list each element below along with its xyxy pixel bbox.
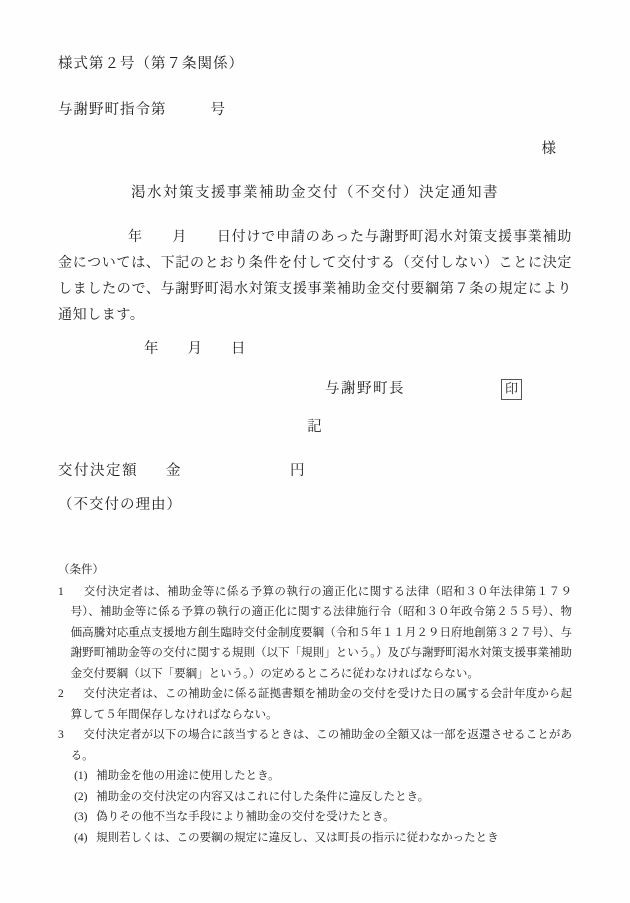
condition-subitem-2: (2)補助金の交付決定の内容又はこれに付した条件に違反したとき。 (58, 787, 572, 808)
directive-number-line: 与謝野町指令第号 (58, 102, 572, 119)
seal-mark: 印 (501, 379, 522, 400)
condition-subitem-2-number: (2) (74, 791, 87, 803)
non-grant-reason-label: （不交付の理由） (58, 497, 572, 514)
condition-item-1-number: 1 (58, 586, 64, 598)
condition-subitem-4-number: (4) (74, 832, 87, 844)
record-marker: 記 (58, 419, 572, 436)
addressee-line: 様 (58, 141, 572, 158)
condition-subitem-3-text: 偽りその他不当な手段により補助金の交付を受けたとき。 (96, 811, 395, 823)
directive-prefix: 与謝野町指令第 (58, 102, 167, 118)
grant-amount-line: 交付決定額金円 (58, 463, 572, 480)
condition-subitem-1: (1)補助金を他の用途に使用したとき。 (58, 766, 572, 787)
condition-subitem-2-text: 補助金の交付決定の内容又はこれに付した条件に違反したとき。 (96, 791, 429, 803)
condition-item-3: 3交付決定者が以下の場合に該当するときは、この補助金の全額又は一部を返還させるこ… (58, 725, 572, 766)
condition-item-1-text: 交付決定者は、補助金等に係る予算の執行の適正化に関する法律（昭和３０年法律第１７… (71, 586, 572, 680)
body-paragraph: 年 月 日付けで申請のあった与謝野町渇水対策支援事業補助金については、下記のとお… (58, 225, 572, 329)
conditions-section: （条件） 1交付決定者は、補助金等に係る予算の執行の適正化に関する法律（昭和３０… (58, 560, 572, 848)
condition-item-1: 1交付決定者は、補助金等に係る予算の執行の適正化に関する法律（昭和３０年法律第１… (58, 582, 572, 685)
document-title: 渇水対策支援事業補助金交付（不交付）決定通知書 (58, 185, 572, 202)
condition-item-2-text: 交付決定者は、この補助金に係る証拠書類を補助金の交付を受けた日の属する会計年度か… (71, 688, 572, 721)
condition-item-2-number: 2 (58, 688, 64, 700)
amount-currency-prefix: 金 (166, 463, 182, 479)
condition-subitem-4-text: 規則若しくは、この要綱の規定に違反し、又は町長の指示に従わなかったとき (96, 832, 499, 844)
document-page: 様式第２号（第７条関係） 与謝野町指令第号 様 渇水対策支援事業補助金交付（不交… (0, 0, 630, 903)
addressee-honorific: 様 (542, 141, 557, 157)
condition-subitem-3-number: (3) (74, 811, 87, 823)
condition-subitem-1-number: (1) (74, 770, 87, 782)
grant-amount-label: 交付決定額 (58, 463, 138, 479)
condition-subitem-1-text: 補助金を他の用途に使用したとき。 (96, 770, 280, 782)
condition-item-2: 2交付決定者は、この補助金に係る証拠書類を補助金の交付を受けた日の属する会計年度… (58, 684, 572, 725)
form-number: 様式第２号（第７条関係） (58, 56, 572, 73)
condition-item-3-text: 交付決定者が以下の場合に該当するときは、この補助金の全額又は一部を返還させること… (71, 729, 572, 762)
condition-subitem-3: (3)偽りその他不当な手段により補助金の交付を受けたとき。 (58, 807, 572, 828)
amount-currency-suffix: 円 (290, 463, 306, 479)
date-line: 年 月 日 (58, 341, 572, 358)
conditions-heading: （条件） (58, 560, 572, 581)
signer-title: 与謝野町長 (325, 381, 405, 397)
condition-subitem-4: (4)規則若しくは、この要綱の規定に違反し、又は町長の指示に従わなかったとき (58, 828, 572, 849)
directive-suffix: 号 (211, 102, 227, 118)
signer-line: 与謝野町長印 (58, 379, 572, 400)
condition-item-3-number: 3 (58, 729, 64, 741)
